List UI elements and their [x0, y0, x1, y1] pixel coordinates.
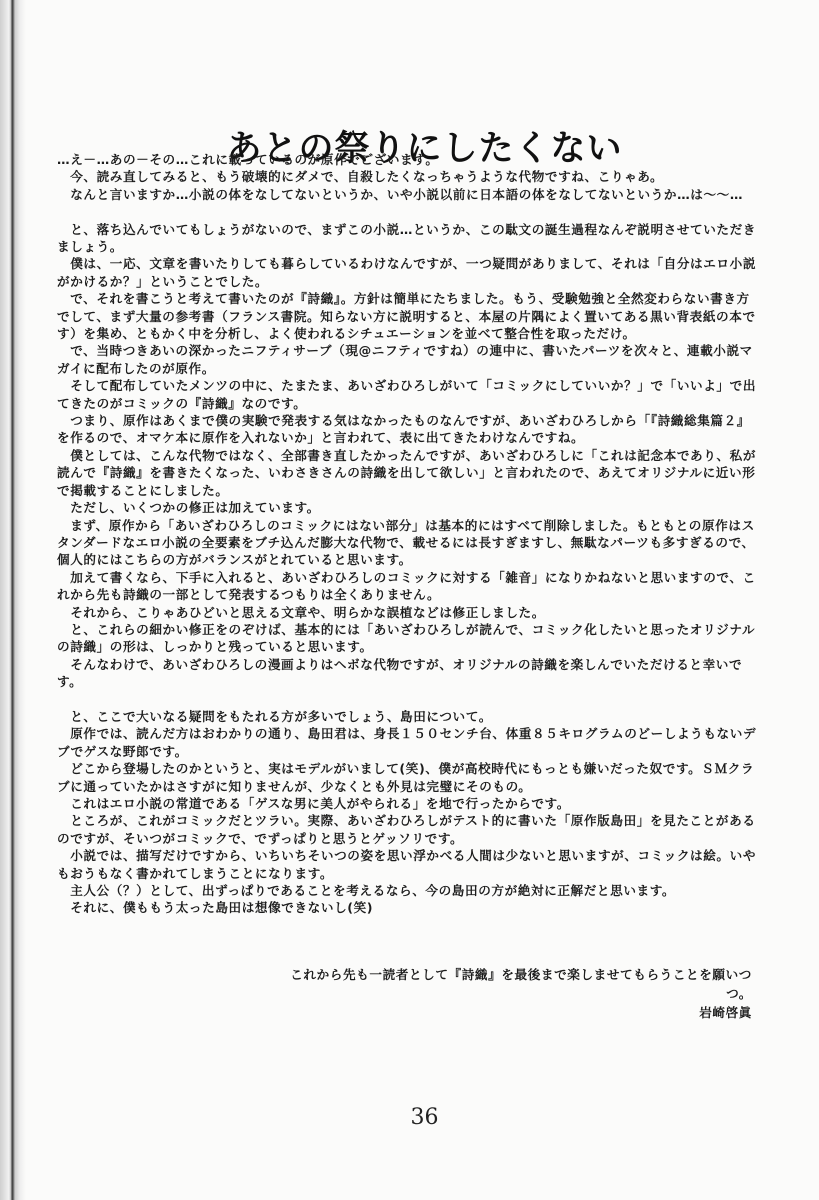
- book-binding-edge: [0, 0, 26, 1200]
- paragraph: ところが、これがコミックだとツラい。実際、あいざわひろしがテスト的に書いた「原作…: [57, 812, 757, 847]
- paragraph: 僕は、一応、文章を書いたりしても暮らしているわけなんですが、一つ疑問がありまして…: [57, 255, 757, 290]
- paragraph: で、当時つきあいの深かったニフティサーブ（現@ニフティですね）の連中に、書いたパ…: [57, 342, 757, 377]
- page-number: 36: [0, 1105, 819, 1130]
- paragraph: そんなわけで、あいざわひろしの漫画よりはヘボな代物ですが、オリジナルの詩織を楽し…: [57, 656, 757, 691]
- paragraph: 今、読み直してみると、もう破壊的にダメで、自殺したくなっちゃうような代物ですね、…: [57, 168, 757, 185]
- paragraph: どこから登場したのかというと、実はモデルがいまして(笑)、僕が高校時代にもっとも…: [57, 760, 757, 795]
- author-signature: 岩崎啓眞: [270, 1003, 752, 1022]
- paragraph: そして配布していたメンツの中に、たまたま、あいざわひろしがいて「コミックにしてい…: [57, 377, 757, 412]
- paragraph: 主人公（？）として、出ずっぱりであることを考えるなら、今の島田の方が絶対に正解だ…: [57, 882, 757, 899]
- paragraph: 小説では、描写だけですから、いちいちそいつの姿を思い浮かべる人間は少ないと思いま…: [57, 847, 757, 882]
- article-body: …え－…あの－その…これに載っているのが原作でございます。 今、読み直してみると…: [57, 151, 757, 917]
- paragraph: まず、原作から「あいざわひろしのコミックにはない部分」は基本的にはすべて削除しま…: [57, 517, 757, 569]
- paragraph: 原作では、読んだ方はおわかりの通り、島田君は、身長１５０センチ台、体重８５キログ…: [57, 725, 757, 760]
- paragraph: 僕としては、こんな代物ではなく、全部書き直したかったんですが、あいざわひろしに「…: [57, 447, 757, 499]
- closing-line: これから先も一読者として『詩織』を最後まで楽しませてもらうことを願いつつ。: [270, 965, 752, 1003]
- paragraph: それに、僕ももう太った島田は想像できないし(笑): [57, 899, 757, 916]
- closing-block: これから先も一読者として『詩織』を最後まで楽しませてもらうことを願いつつ。 岩崎…: [270, 965, 752, 1022]
- paragraph: なんと言いますか…小説の体をなしてないというか、いや小説以前に日本語の体をなして…: [57, 186, 757, 203]
- paragraph: と、ここで大いなる疑問をもたれる方が多いでしょう、島田について。: [57, 708, 757, 725]
- paragraph: これはエロ小説の常道である「ゲスな男に美人がやられる」を地で行ったからです。: [57, 795, 757, 812]
- paragraph-gap: [57, 691, 757, 708]
- paragraph: ただし、いくつかの修正は加えています。: [57, 499, 757, 516]
- paragraph: 加えて書くなら、下手に入れると、あいざわひろしのコミックに対する「雑音」になりか…: [57, 569, 757, 604]
- paragraph: と、これらの細かい修正をのぞけば、基本的には「あいざわひろしが読んで、コミック化…: [57, 621, 757, 656]
- paragraph-gap: [57, 203, 757, 220]
- paragraph: それから、こりゃあひどいと思える文章や、明らかな誤植などは修正しました。: [57, 604, 757, 621]
- paragraph: つまり、原作はあくまで僕の実験で発表する気はなかったものなんですが、あいざわひろ…: [57, 412, 757, 447]
- paragraph: …え－…あの－その…これに載っているのが原作でございます。: [57, 151, 757, 168]
- paragraph: と、落ち込んでいてもしょうがないので、まずこの小説…というか、この駄文の誕生過程…: [57, 221, 757, 256]
- paragraph: で、それを書こうと考えて書いたのが『詩織』。方針は簡単にたちました。もう、受験勉…: [57, 290, 757, 342]
